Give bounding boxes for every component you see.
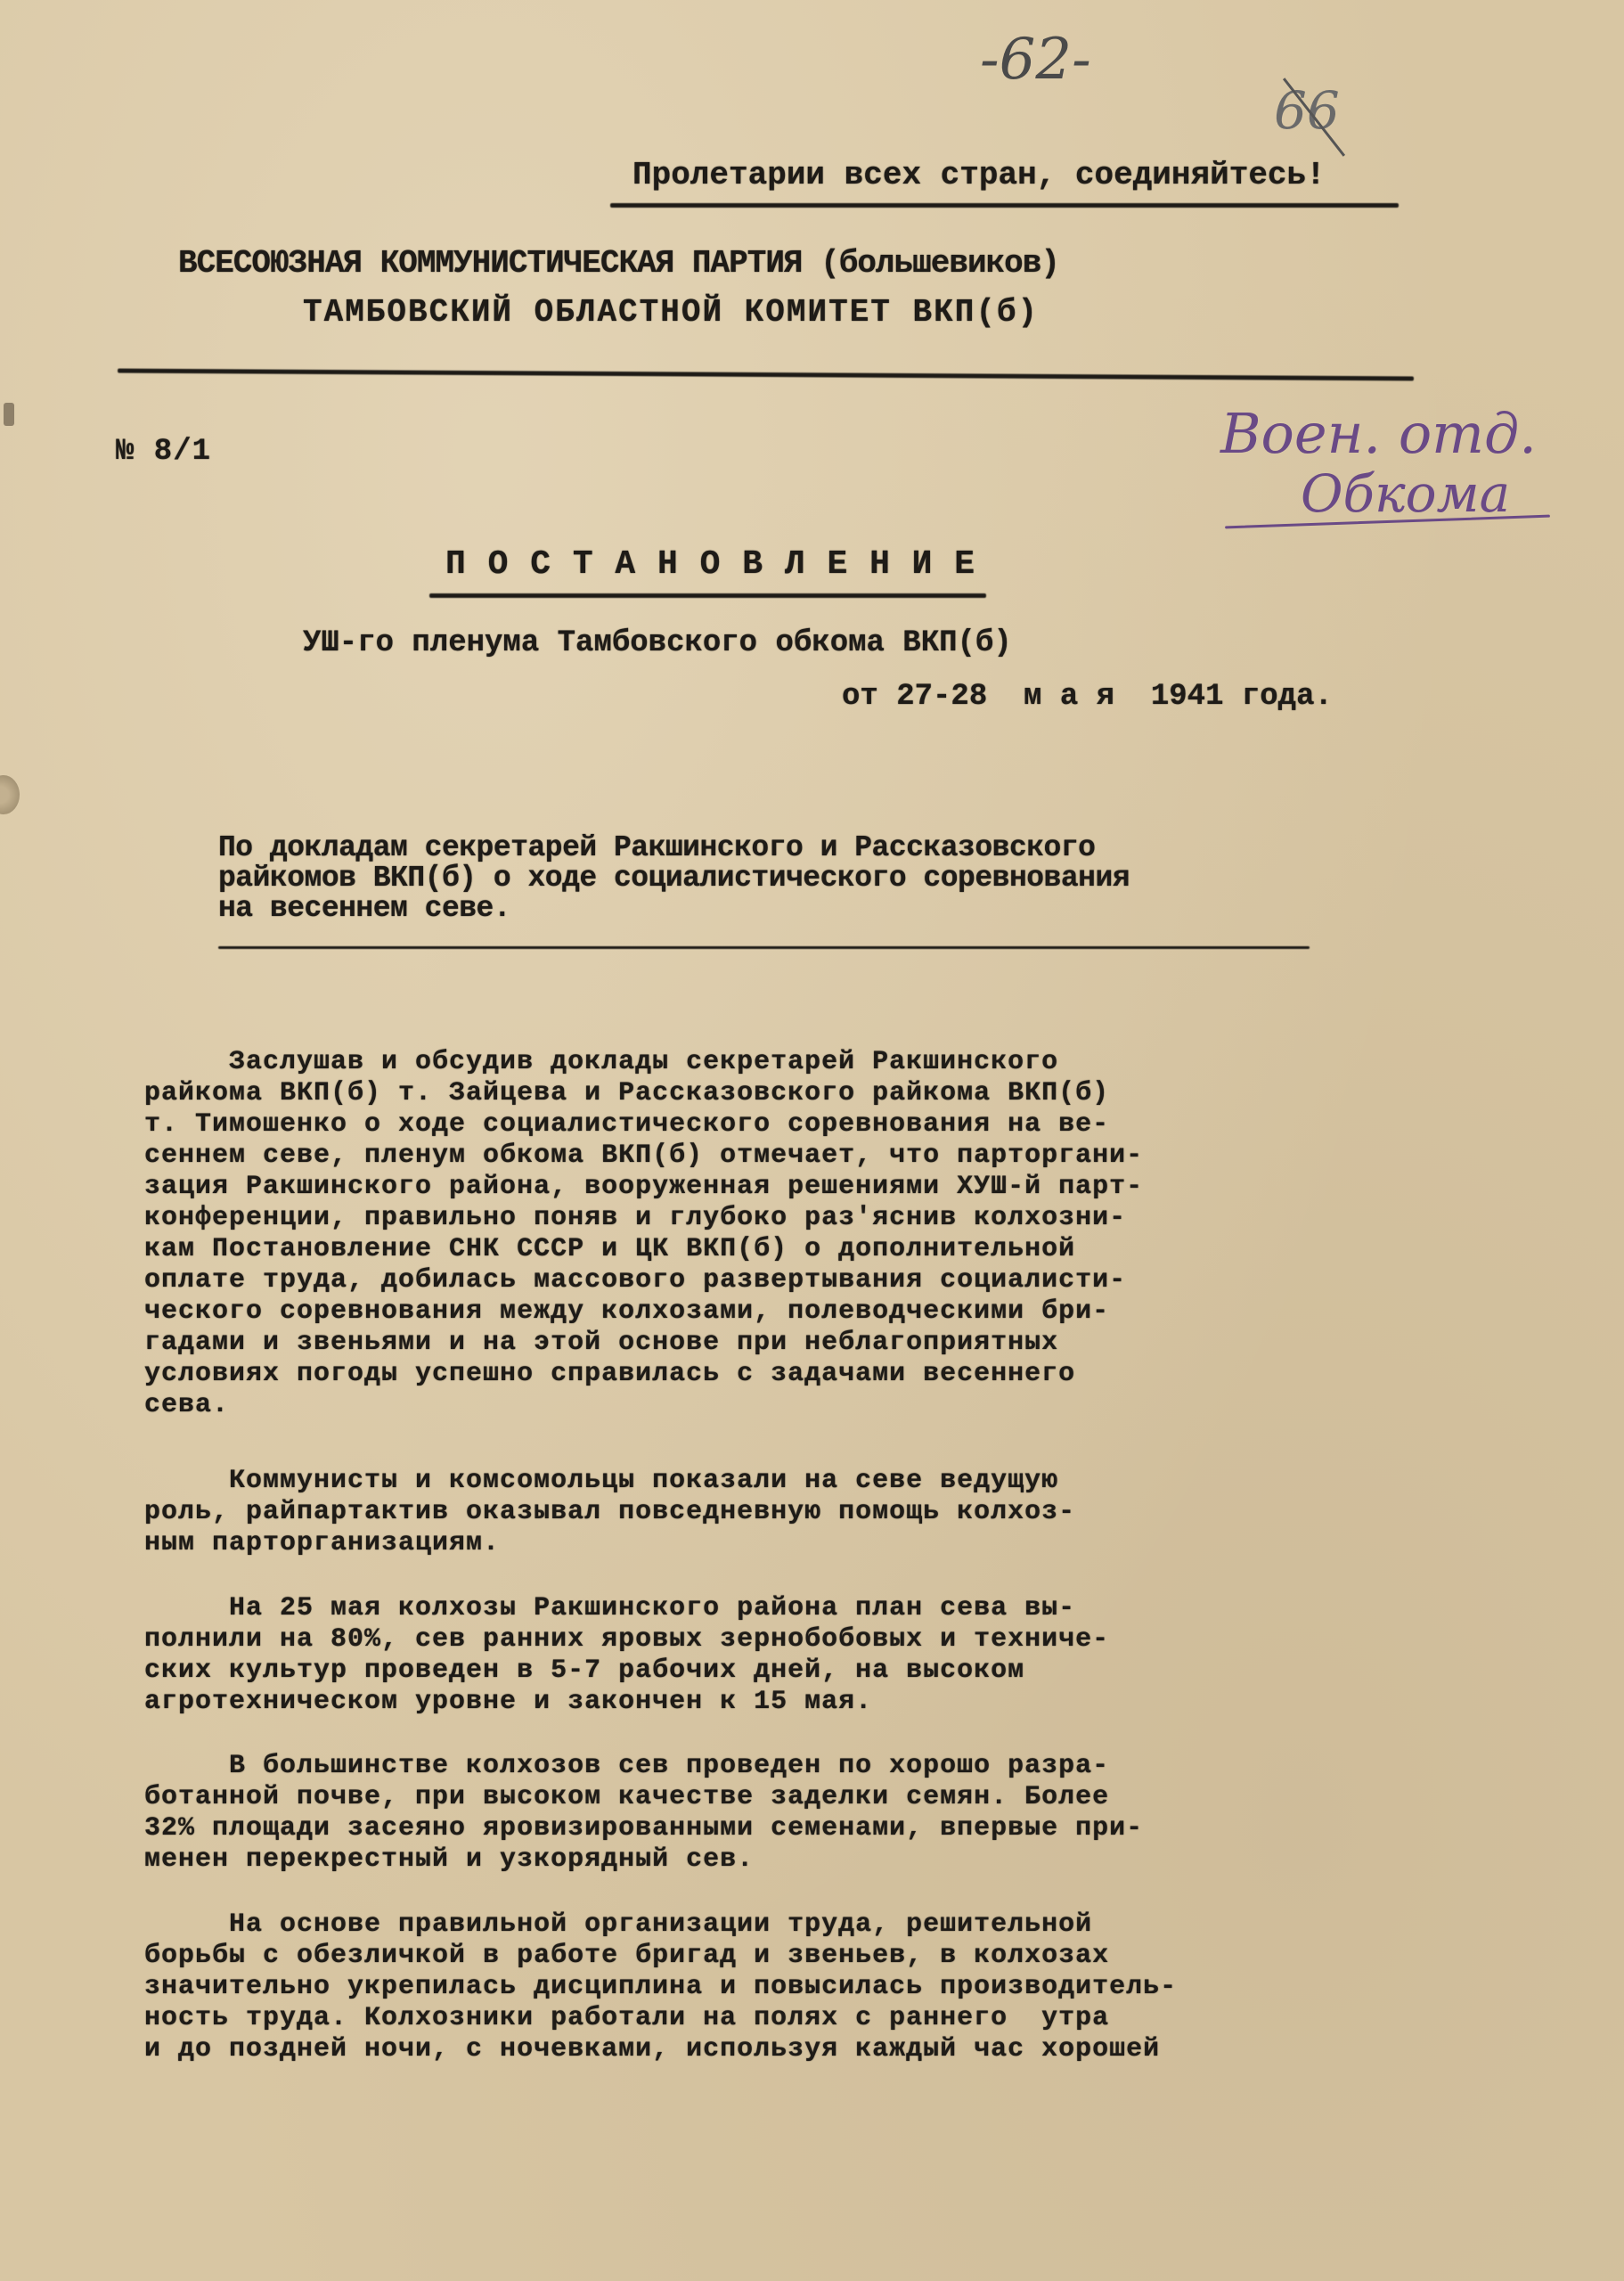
body-paragraph: В большинстве колхозов сев проведен по х… (144, 1751, 1143, 1876)
committee-name: ТАМБОВСКИЙ ОБЛАСТНОЙ КОМИТЕТ ВКП(б) (303, 294, 1039, 331)
body-line: значительно укрепилась дисциплина и повы… (144, 1972, 1177, 2003)
body-line: зация Ракшинского района, вооруженная ре… (144, 1172, 1143, 1203)
body-line: Коммунисты и комсомольцы показали на сев… (144, 1466, 1075, 1497)
body-paragraph: На 25 мая колхозы Ракшинского района пла… (144, 1593, 1109, 1718)
subject-block: По докладам секретарей Ракшинского и Рас… (218, 833, 1130, 924)
handwritten-note-line1: Воен. отд. (1220, 401, 1537, 466)
body-line: конференции, правильно поняв и глубоко р… (144, 1203, 1143, 1234)
body-line: ным парторганизациям. (144, 1528, 1075, 1559)
slogan-underline (610, 203, 1399, 208)
page-number-stamped: -62- (980, 27, 1091, 93)
body-line: условиях погоды успешно справилась с зад… (144, 1359, 1143, 1390)
body-paragraph: Коммунисты и комсомольцы показали на сев… (144, 1466, 1075, 1559)
body-line: На 25 мая колхозы Ракшинского района пла… (144, 1593, 1109, 1624)
body-line: райкома ВКП(б) т. Зайцева и Рассказовско… (144, 1078, 1143, 1109)
body-line: гадами и звеньями и на этой основе при н… (144, 1328, 1143, 1359)
body-line: ских культур проведен в 5-7 рабочих дней… (144, 1656, 1109, 1687)
subject-line: По докладам секретарей Ракшинского и Рас… (218, 833, 1130, 863)
subject-line: райкомов ВКП(б) о ходе социалистического… (218, 863, 1130, 894)
subject-line: на весеннем севе. (218, 894, 1130, 924)
body-line: агротехническом уровне и закончен к 15 м… (144, 1687, 1109, 1718)
body-line: На основе правильной организации труда, … (144, 1909, 1177, 1941)
body-line: Заслушав и обсудив доклады секретарей Ра… (144, 1047, 1143, 1078)
body-line: роль, райпартактив оказывал повседневную… (144, 1497, 1075, 1528)
document-title: П О С Т А Н О В Л Е Н И Е (445, 545, 975, 584)
party-name: ВСЕСОЮЗНАЯ КОММУНИСТИЧЕСКАЯ ПАРТИЯ (боль… (178, 245, 1059, 282)
document-number: № 8/1 (116, 435, 211, 469)
handwritten-note-line2: Обкома (1301, 463, 1510, 524)
body-line: ческого соревнования между колхозами, по… (144, 1296, 1143, 1328)
body-line: сеннем севе, пленум обкома ВКП(б) отмеча… (144, 1140, 1143, 1172)
body-line: В большинстве колхозов сев проведен по х… (144, 1751, 1143, 1782)
page-number-crossed: 66 (1274, 80, 1340, 141)
body-line: т. Тимошенко о ходе социалистического со… (144, 1109, 1143, 1140)
margin-smudge (4, 403, 14, 426)
body-line: сева. (144, 1390, 1143, 1421)
title-underline (429, 593, 986, 598)
body-line: 32% площади засеяно яровизированными сем… (144, 1813, 1143, 1844)
body-line: ботанной почве, при высоком качестве зад… (144, 1782, 1143, 1813)
body-line: менен перекрестный и узкорядный сев. (144, 1844, 1143, 1876)
body-line: оплате труда, добилась массового разверт… (144, 1265, 1143, 1296)
body-paragraph: На основе правильной организации труда, … (144, 1909, 1177, 2065)
title-subtitle-2: от 27-28 м а я 1941 года. (842, 680, 1333, 714)
body-line: борьбы с обезличкой в работе бригад и зв… (144, 1941, 1177, 1972)
body-line: кам Постановление СНК СССР и ЦК ВКП(б) о… (144, 1234, 1143, 1265)
title-subtitle-1: УШ-го пленума Тамбовского обкома ВКП(б) (303, 626, 1012, 660)
body-line: и до поздней ночи, с ночевками, использу… (144, 2034, 1177, 2065)
subject-underline (218, 946, 1310, 949)
body-paragraph: Заслушав и обсудив доклады секретарей Ра… (144, 1047, 1143, 1421)
header-slogan: Пролетарии всех стран, соединяйтесь! (632, 157, 1326, 193)
body-line: ность труда. Колхозники работали на поля… (144, 2003, 1177, 2034)
body-line: полнили на 80%, сев ранних яровых зерноб… (144, 1624, 1109, 1656)
